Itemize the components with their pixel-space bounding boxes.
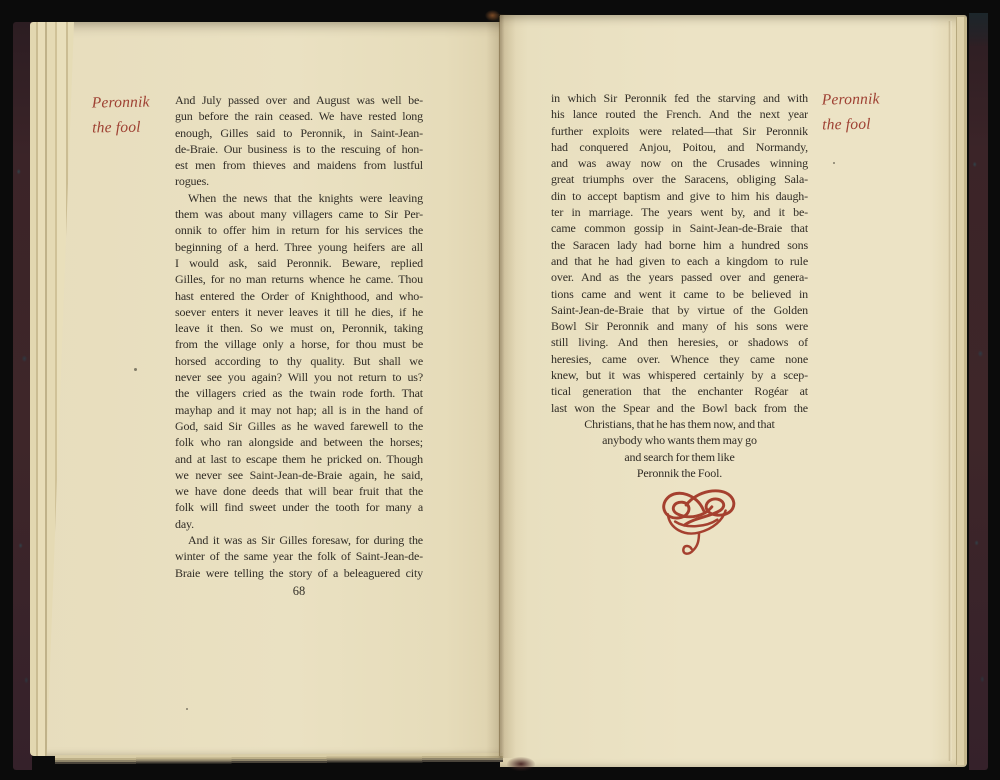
photo-background: Peronnik the fool And July passed over a… xyxy=(0,0,1000,780)
text-line: his lance routed the French. And the nex… xyxy=(551,106,808,122)
text-line: mayhap and it may not hap; all is in the… xyxy=(175,402,423,418)
margin-title-left: Peronnik the fool xyxy=(92,89,151,140)
text-line: beginning of a herd. Three young heifers… xyxy=(175,239,423,255)
book-cover-left-edge xyxy=(13,22,32,770)
paper-speck xyxy=(186,708,188,710)
cover-glimpse-bottom-gutter xyxy=(507,757,535,771)
text-line: in which Sir Peronnik fed the starving a… xyxy=(551,90,808,106)
text-line: I would ask, said Peronnik. Beware, repl… xyxy=(175,255,423,271)
margin-title-word: the fool xyxy=(92,114,150,140)
left-page: Peronnik the fool And July passed over a… xyxy=(36,22,500,756)
text-line: folk will find sweet under the tooth for… xyxy=(175,499,423,515)
text-line: still living. And then heresies, or shad… xyxy=(551,334,808,350)
foxing-spot-top-gutter xyxy=(485,10,500,21)
page-deckle-edges-left xyxy=(30,22,74,756)
text-line: de-Braie. Our business is to the rescuin… xyxy=(175,141,423,157)
text-line: came common gossip in Saint-Jean-de-Brai… xyxy=(551,220,808,236)
text-line: last won the Spear and the Bowl back fro… xyxy=(551,400,808,416)
text-line: over. And as the years passed over and g… xyxy=(551,269,808,285)
text-line: est men from thieves and maidens from lu… xyxy=(175,157,423,173)
book-cover-right-edge xyxy=(969,13,988,770)
text-line: onnik to offer him in return for his ser… xyxy=(175,222,423,238)
text-line: Saint-Jean-de-Braie that by virtue of th… xyxy=(551,302,808,318)
text-line: great triumphs over the Saracens, obligi… xyxy=(551,171,808,187)
text-line: we never see Saint-Jean-de-Braie again, … xyxy=(175,467,423,483)
margin-title-word: Peronnik xyxy=(822,86,880,112)
text-line: soever enters it never leaves it till he… xyxy=(175,304,423,320)
page-fore-edge-right xyxy=(956,17,967,765)
paper-speck xyxy=(134,368,137,371)
text-line: anybody who wants them may go xyxy=(551,432,808,448)
text-line: folk who ran alongside and between the h… xyxy=(175,434,423,450)
text-line: gun before the rain ceased. We have rest… xyxy=(175,108,423,124)
text-line: Peronnik the Fool. xyxy=(551,465,808,481)
text-line: horsed according to thy quality. But sha… xyxy=(175,353,423,369)
text-line: God, said Sir Gilles as he waved farewel… xyxy=(175,418,423,434)
text-line: Bowl Sir Peronnik and many of his sons w… xyxy=(551,318,808,334)
text-line: tical generation that the enchanter Rogé… xyxy=(551,383,808,399)
text-line: din to accept baptism and give to him hi… xyxy=(551,188,808,204)
heart-flourish-ornament xyxy=(653,483,745,561)
text-line: we have done deeds that will bear fruit … xyxy=(175,483,423,499)
text-line: hast entered the Order of Knighthood, an… xyxy=(175,288,423,304)
text-line: Christians, that he has them now, and th… xyxy=(551,416,808,432)
margin-title-word: Peronnik xyxy=(92,89,150,115)
paper-speck xyxy=(833,162,835,164)
text-line: leave it then. So we must on, Peronnik, … xyxy=(175,320,423,336)
text-line: tions came and went it came to be believ… xyxy=(551,286,808,302)
left-page-text: And July passed over and August was well… xyxy=(175,92,423,581)
text-line: had conquered Anjou, Poitou, and Normand… xyxy=(551,139,808,155)
text-line: never see you again? Will you not return… xyxy=(175,369,423,385)
page-number: 68 xyxy=(175,584,423,599)
text-line: them was about many villagers came to Si… xyxy=(175,206,423,222)
text-line: enough, Gilles said to Peronnik, in Sain… xyxy=(175,125,423,141)
gutter-fold-line xyxy=(499,16,500,756)
text-line: Braie were telling the story of a beleag… xyxy=(175,565,423,581)
text-line: And July passed over and August was well… xyxy=(175,92,423,108)
text-line: further exploits were related—that Sir P… xyxy=(551,123,808,139)
margin-title-word: the fool xyxy=(822,111,880,137)
right-page-text: in which Sir Peronnik fed the starving a… xyxy=(551,90,808,481)
text-line: from the village only a horse, for thou … xyxy=(175,336,423,352)
text-line: Gilles, for no man returns whence he cam… xyxy=(175,271,423,287)
text-line: day. xyxy=(175,516,423,532)
margin-title-right: Peronnik the fool xyxy=(822,86,881,137)
text-line: heresies, came over. Whence they came no… xyxy=(551,351,808,367)
text-line: rogues. xyxy=(175,173,423,189)
text-line: winter of the same year the folk of Sain… xyxy=(175,548,423,564)
text-line: and was away now on the Crusades winning xyxy=(551,155,808,171)
text-line: When the news that the knights were leav… xyxy=(175,190,423,206)
text-line: and search for them like xyxy=(551,449,808,465)
text-line: and that he had given to each a kingdom … xyxy=(551,253,808,269)
page-crease xyxy=(948,21,952,761)
text-line: knew, but it was whispered certainly by … xyxy=(551,367,808,383)
text-line: ter in marriage. The years went by, and … xyxy=(551,204,808,220)
right-page: Peronnik the fool in which Sir Peronnik … xyxy=(500,15,967,767)
text-line: the villagers cried as the twain rode fo… xyxy=(175,385,423,401)
text-line: the Saracen lady had borne him a hundred… xyxy=(551,237,808,253)
text-line: And it was as Sir Gilles foresaw, for du… xyxy=(175,532,423,548)
text-line: and at last to escape them he pricked on… xyxy=(175,451,423,467)
page-stack-bottom-edges xyxy=(55,753,503,768)
